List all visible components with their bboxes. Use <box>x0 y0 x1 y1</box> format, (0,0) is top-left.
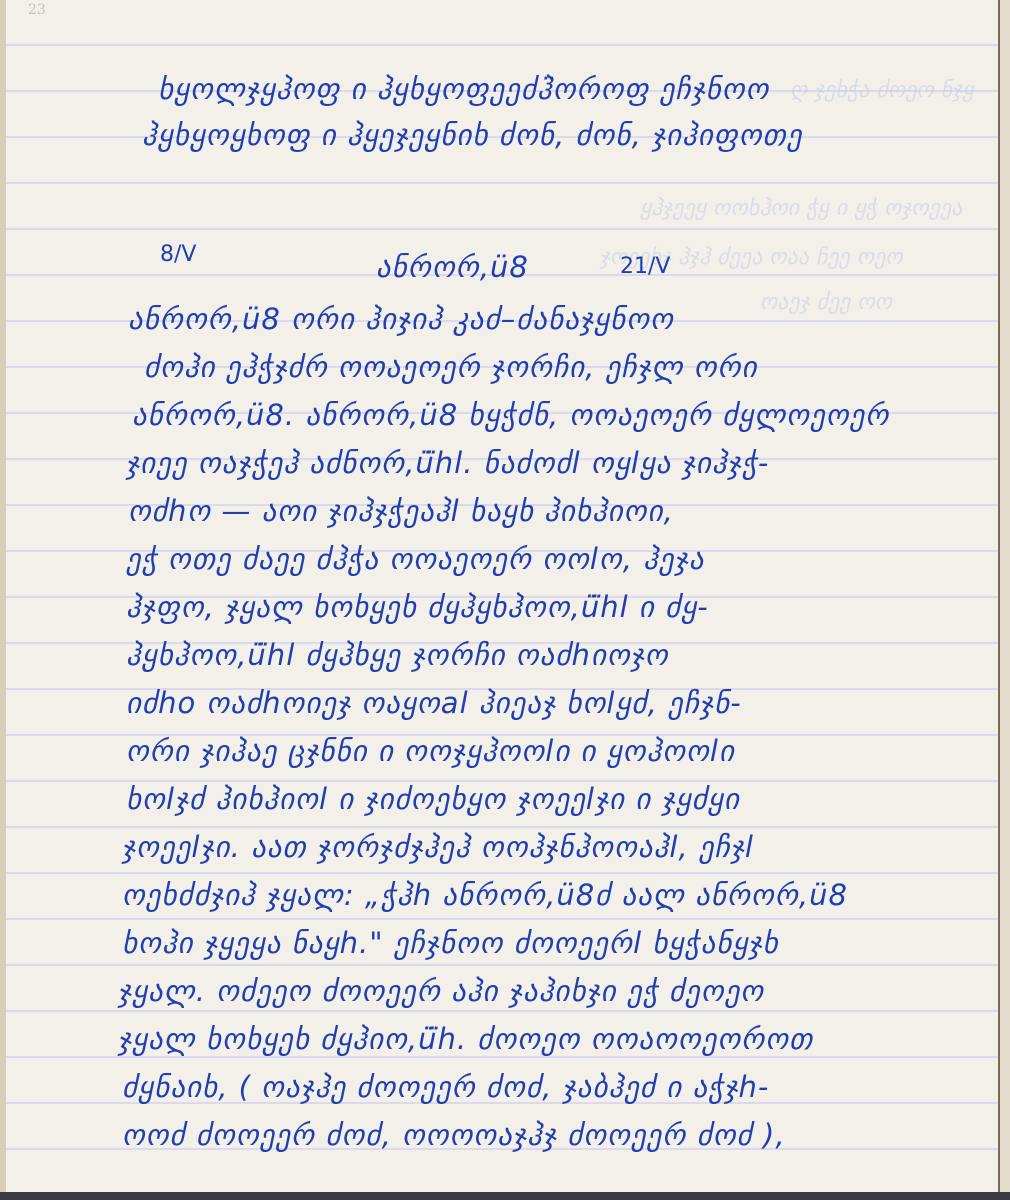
handwritten-line: ძოჰი ეჰჭჯძრ ოოაეოერ ჯორჩი, ეჩჯლ ორი <box>144 350 758 384</box>
handwritten-line: ოოძ ძოოეერ ძოძ, ოოოოაჯჰჯ ძოოეერ ძოძ ), <box>122 1118 786 1152</box>
corner-mark: 23 <box>28 2 46 18</box>
handwritten-line: ჯყალ. ოძეეო ძოოეერ აჰი ჯაჰიხჯი ეჭ ძეოეო <box>118 974 764 1008</box>
handwritten-line: ხოlჯძ ჰიხჰიოl ი ჯიძოეხყო ჯოეეlჯი ი ჯყძყი <box>126 782 740 816</box>
handwritten-line: ორი ჯიჰაე ცჯნნი ი ოოჯყჰოოlი ი ყოჰოოlი <box>126 734 735 768</box>
handwritten-line: ჯიეე ოაჯჭეჰ აძნორ,ü̈hl. ნაძოძl ოყlყა ჯიჰ… <box>126 446 769 480</box>
handwritten-line: ძყნაიხ, ( ოაჯჰე ძოოეერ ძოძ, ჯაბჰეძ ი აჭჯ… <box>122 1070 769 1104</box>
handwritten-line: ანრორ,ü8. ანრორ,ü8 ხყჭძნ, ოოაეოერ ძყლოეო… <box>132 398 889 432</box>
show-through-text: ოაეჯ ძეე ოო <box>760 290 892 315</box>
handwritten-line: ოძhო — აოი ჯიჰჯჭეაჰl ხაყხ ჰიხჰიოი, <box>128 494 674 528</box>
handwritten-line: ანრორ,ü8 ორი ჰიჯიჰ კაძ–ძანაჯყნოო <box>128 302 674 336</box>
handwritten-line: ოეხძძჯიჰ ჯყალ: „ჭჰh ანრორ,ü8ძ აალ ანრორ,… <box>122 878 848 912</box>
handwritten-line: იძho ოაძhოიეჯ ოაყოal ჰიეაჯ ხოlყძ, ეჩჯნ- <box>126 686 742 720</box>
handwritten-line: ჰჯფო, ჯყალ ხოხყეხ ძყჰყხჰოო,ü̈hl ი ძყ- <box>126 590 709 624</box>
page-bottom-edge <box>0 1192 1010 1200</box>
handwritten-line: ჯყალ ხოხყეხ ძყჰიო,ü̈h. ძოოეო ოოაოოეოროთ <box>118 1022 813 1056</box>
show-through-text: ყჰჯეეყ ოოხჰოი ჭყ ი ყჭ ოჯოეეა <box>640 196 962 221</box>
show-through-text: ღ ჯეხჭა ძოეო ნჯყ <box>790 78 974 103</box>
handwritten-line: ჰყხჰოო,ü̈hl ძყჰხყე ჯორჩი ოაძhიოჯო <box>126 638 669 672</box>
entry-heading: ანრორ,ü8 <box>376 250 529 284</box>
page-right-edge <box>998 0 1010 1200</box>
handwritten-line: ეჭ ოთე ძაეე ძჰჭა ოოაეოერ ოოlო, ჰეჯა <box>126 542 705 576</box>
notebook-page: 23 ღ ჯეხჭა ძოეო ნჯყ ყჰჯეეყ ოოხჰოი ჭყ ი ყ… <box>0 0 1010 1200</box>
handwritten-line: ჯოეეlჯი. აათ ჯორჯძჯჰეჰ ოოჰჯნჰოოაჰl, ეჩჯl <box>122 830 754 864</box>
entry-date-right: 21/V <box>620 254 670 279</box>
handwritten-line: ჰყხყოყხოფ ი ჰყეჯეყნიხ ძონ, ძონ, ჯიჰიფოთე <box>142 118 803 152</box>
handwritten-line: ხოჰი ჯყეყა ნაყh." ეჩჯნოო ძოოეერl ხყჭანყჯ… <box>122 926 779 960</box>
entry-date-left: 8/V <box>160 242 196 267</box>
page-left-edge <box>0 0 6 1200</box>
handwritten-line: ხყოლჯყჰოფ ი ჰყხყოფეეძჰ̈ოროფ ეჩჯნოო <box>158 72 770 106</box>
